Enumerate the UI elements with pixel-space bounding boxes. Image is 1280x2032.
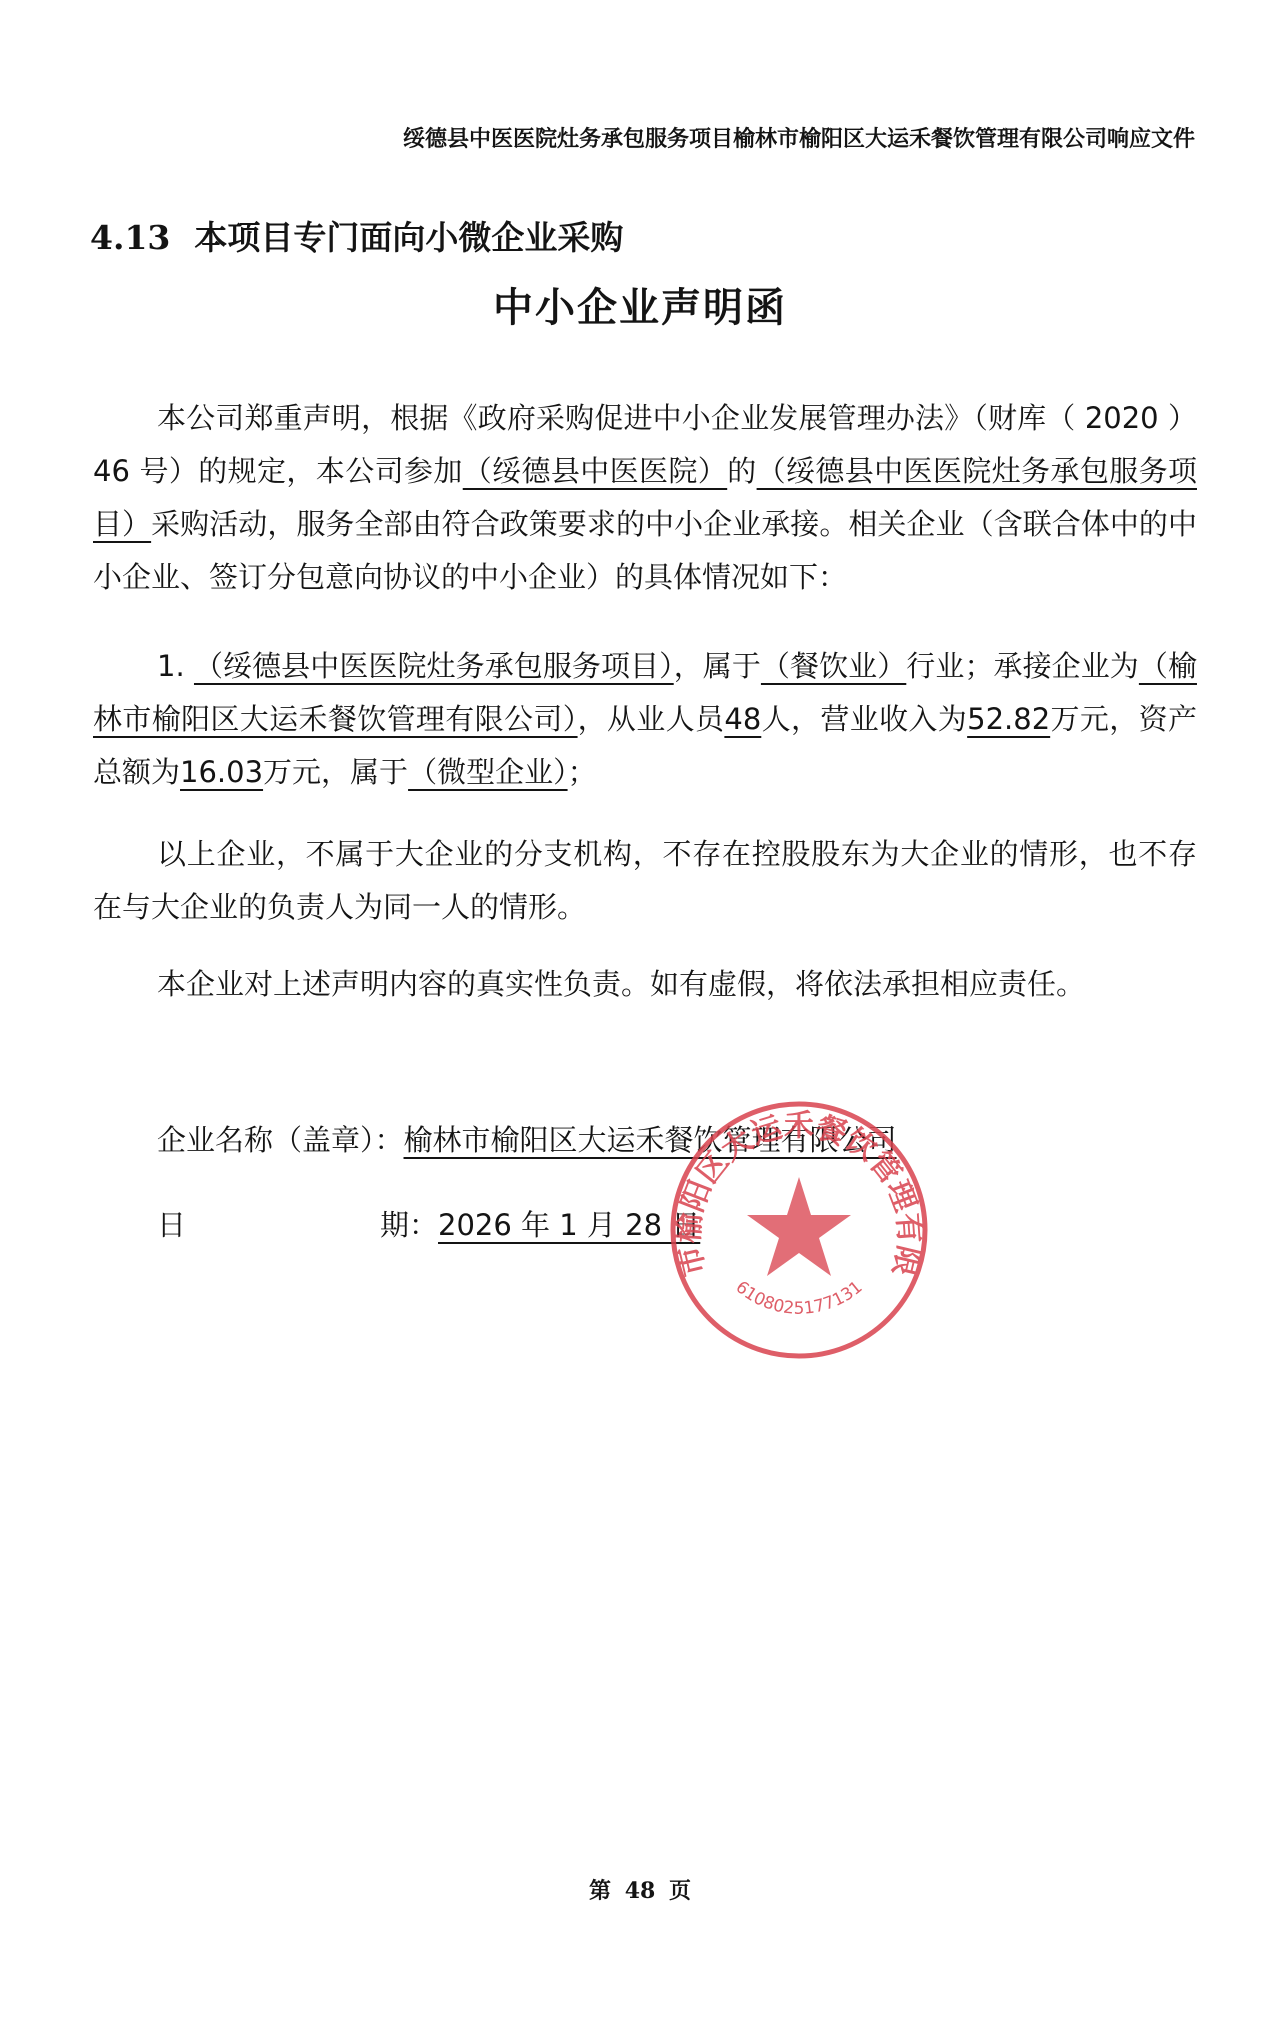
- svg-text:6108025177131: 6108025177131: [732, 1277, 867, 1318]
- revenue-field: 52.82: [967, 702, 1050, 736]
- section-number: 4.13: [90, 218, 170, 257]
- item-text: ，从业人员: [578, 702, 725, 736]
- assets-field: 16.03: [180, 755, 263, 789]
- signature-company-row: 企业名称（盖章）：榆林市榆阳区大运禾餐饮管理有限公司: [157, 1118, 897, 1159]
- document-page: 绥德县中医医院灶务承包服务项目榆林市榆阳区大运禾餐饮管理有限公司响应文件 4.1…: [0, 0, 1280, 2032]
- purchaser-field: （绥德县中医医院）: [463, 454, 727, 488]
- enterprise-item-1: 1. （绥德县中医医院灶务承包服务项目），属于（餐饮业）行业；承接企业为（榆林市…: [93, 640, 1197, 799]
- industry-field: （餐饮业）: [761, 649, 906, 683]
- paragraph-text: 的: [727, 454, 756, 488]
- section-heading: 4.13本项目专门面向小微企业采购: [90, 212, 623, 259]
- document-title: 中小企业声明函: [0, 276, 1280, 333]
- declaration-paragraph: 本公司郑重声明，根据《政府采购促进中小企业发展管理办法》（财库（ 2020 ）4…: [93, 392, 1197, 604]
- not-large-enterprise-paragraph: 以上企业，不属于大企业的分支机构，不存在控股股东为大企业的情形，也不存在与大企业…: [93, 828, 1197, 934]
- item-text: 万元，属于: [263, 755, 408, 789]
- employees-field: 48: [724, 702, 761, 736]
- item-project-field: （绥德县中医医院灶务承包服务项目）: [194, 649, 674, 683]
- enterprise-size-field: （微型企业）: [408, 755, 568, 789]
- item-text: 行业；承接企业为: [906, 649, 1139, 683]
- date-label-ri: 日: [157, 1203, 380, 1244]
- responsibility-paragraph: 本企业对上述声明内容的真实性负责。如有虚假，将依法承担相应责任。: [93, 958, 1197, 1011]
- date-label-qi: 期：: [380, 1208, 438, 1242]
- signature-date-row: 日期：2026 年 1 月 28 日: [157, 1203, 857, 1244]
- date-value: 2026 年 1 月 28 日: [438, 1208, 700, 1242]
- item-text: ；: [568, 755, 597, 789]
- item-text: ，属于: [674, 649, 761, 683]
- running-header: 绥德县中医医院灶务承包服务项目榆林市榆阳区大运禾餐饮管理有限公司响应文件: [403, 122, 1195, 153]
- item-text: 人，营业收入为: [761, 702, 967, 736]
- company-name-label: 企业名称（盖章）：: [157, 1123, 404, 1157]
- company-name-value: 榆林市榆阳区大运禾餐饮管理有限公司: [404, 1123, 897, 1157]
- page-number: 第 48 页: [0, 1874, 1280, 1905]
- paragraph-text: 采购活动，服务全部由符合政策要求的中小企业承接。相关企业（含联合体中的中小企业、…: [93, 507, 1197, 594]
- item-index: 1.: [157, 649, 185, 683]
- section-title: 本项目专门面向小微企业采购: [194, 218, 623, 257]
